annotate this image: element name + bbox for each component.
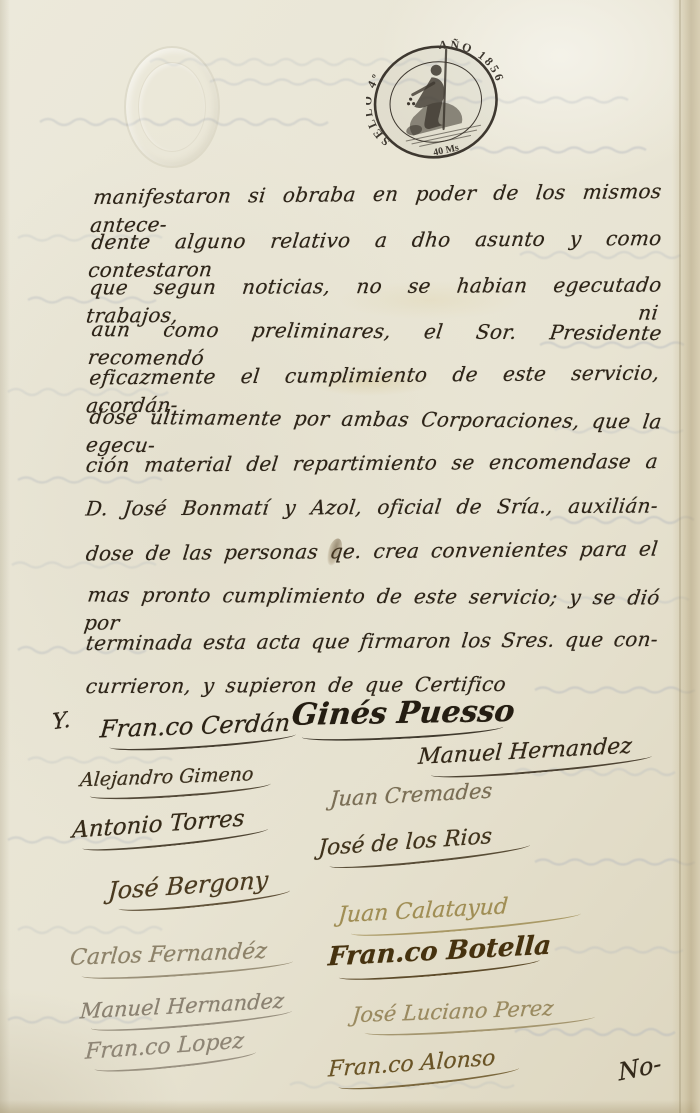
page-edge-left <box>0 0 10 1113</box>
manuscript-line: D. José Bonmatí y Azol, oficial de Sría.… <box>84 491 659 522</box>
signature: Ginés Puesso <box>290 695 498 732</box>
embossed-seal <box>124 46 220 168</box>
page-edge-right <box>672 0 700 1113</box>
signature: Carlos Fernandéz <box>69 939 286 971</box>
signature: Y. <box>52 709 71 736</box>
manuscript-line: terminada esta acta que firmaron los Sre… <box>84 625 659 657</box>
tax-stamp: SELLO 4º AÑO 1856 40 Ms <box>366 38 506 168</box>
page-edge-bottom <box>0 1100 700 1113</box>
signature: Fran.co Cerdán <box>99 710 291 743</box>
manuscript-line: ción material del repartimiento se encom… <box>84 447 659 479</box>
signature: Alejandro Gimeno <box>79 764 266 791</box>
manuscript-line: dose de las personas qe. crea convenient… <box>84 534 659 567</box>
manuscript-page: SELLO 4º AÑO 1856 40 Ms manifestaron si … <box>0 0 700 1113</box>
